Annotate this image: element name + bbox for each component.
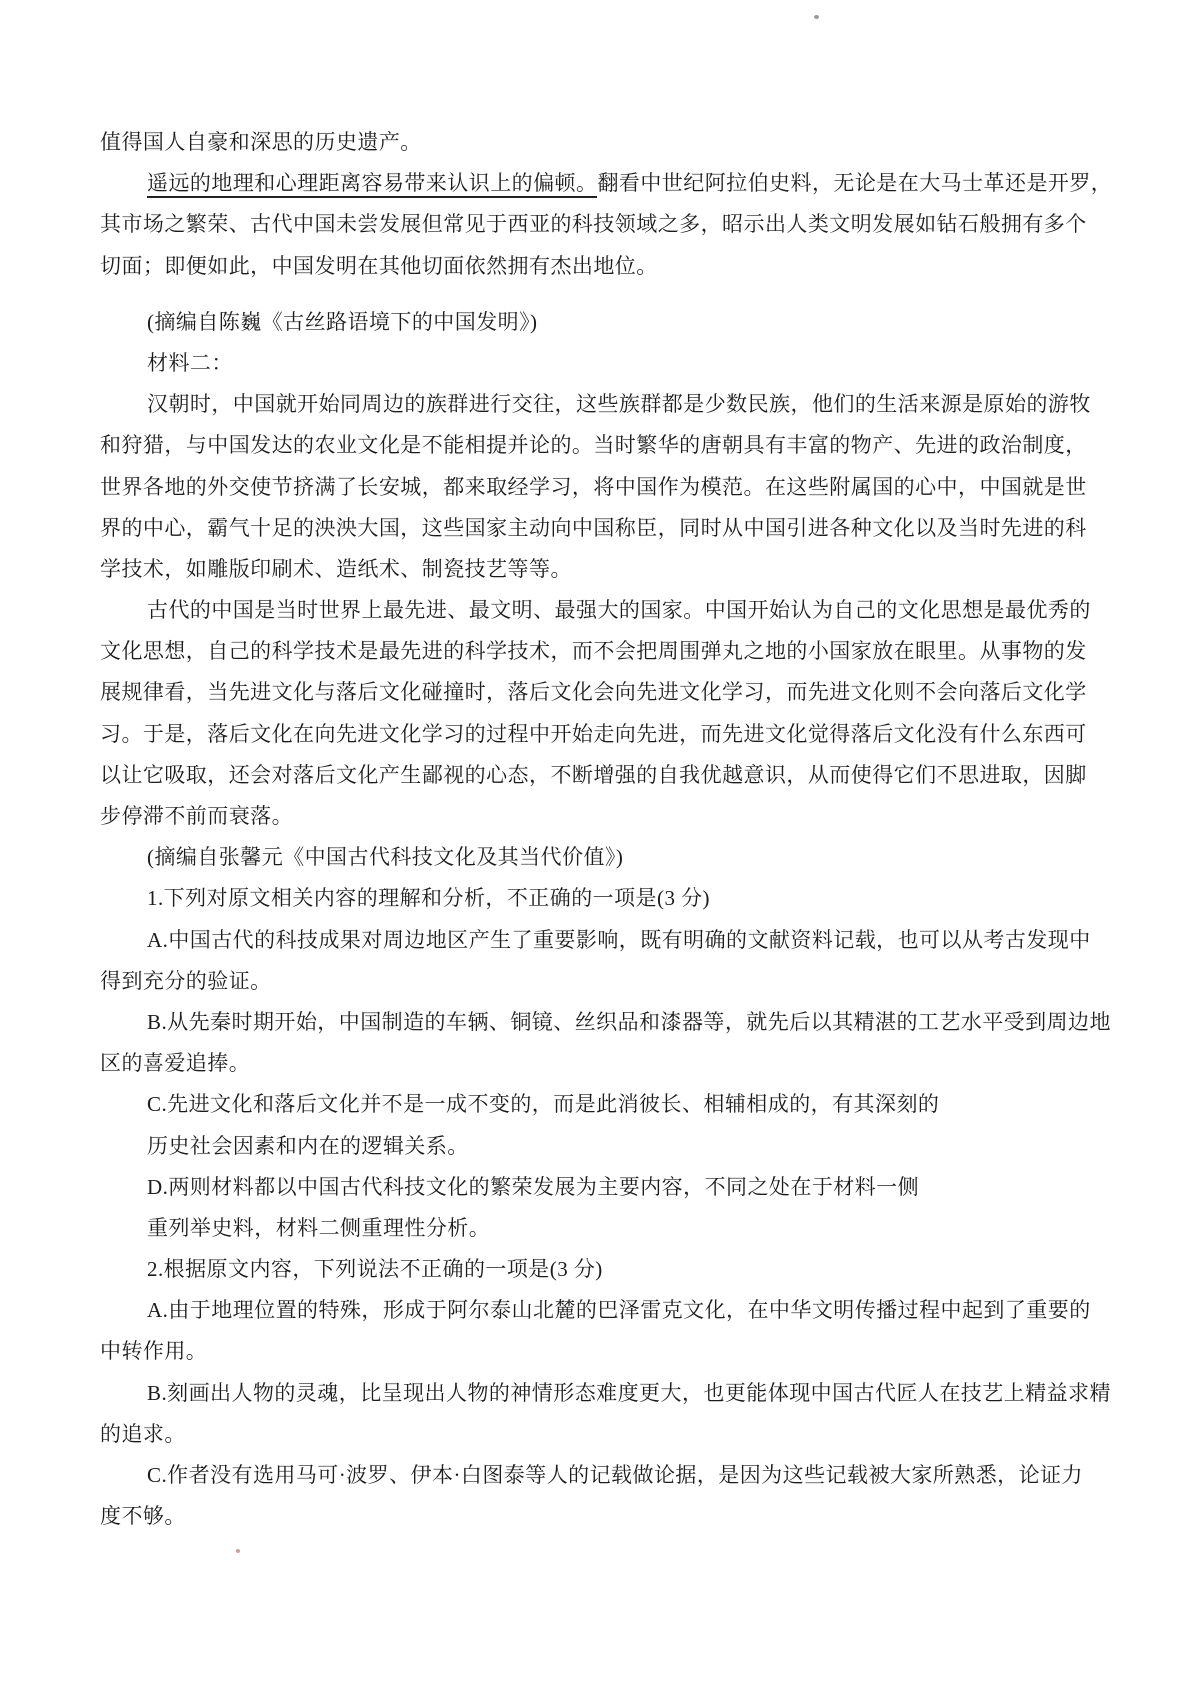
text-segment: B.刻画出人物的灵魂，比呈现出人物的神情形态难度更大，也更能体现中国古代匠人在技… xyxy=(147,1381,1111,1405)
text-segment: 步停滞不前而衰落。 xyxy=(100,804,293,828)
text-line: A.中国古代的科技成果对周边地区产生了重要影响，既有明确的文献资料记载，也可以从… xyxy=(100,920,1110,961)
text-segment: 文化思想，自己的科学技术是最先进的科学技术，而不会把周围弹丸之地的小国家放在眼里… xyxy=(100,639,1087,663)
text-segment: 1.下列对原文相关内容的理解和分析，不正确的一项是(3 分) xyxy=(147,886,710,910)
text-segment: 值得国人自豪和深思的历史遗产。 xyxy=(100,130,422,154)
scan-artifact-dot-bottom xyxy=(236,1549,240,1553)
text-segment: A.中国古代的科技成果对周边地区产生了重要影响，既有明确的文献资料记载，也可以从… xyxy=(147,928,1091,952)
text-segment: 其市场之繁荣、古代中国未尝发展但常见于西亚的科技领域之多，昭示出人类文明发展如钻… xyxy=(100,212,1087,236)
text-line: C.作者没有选用马可·波罗、伊本·白图泰等人的记载做论据，是因为这些记载被大家所… xyxy=(100,1455,1110,1496)
text-line: C.先进文化和落后文化并不是一成不变的，而是此消彼长、相辅相成的，有其深刻的 xyxy=(100,1084,1110,1125)
text-segment: C.先进文化和落后文化并不是一成不变的，而是此消彼长、相辅相成的，有其深刻的 xyxy=(147,1092,939,1116)
text-line: 区的喜爱追捧。 xyxy=(100,1043,1110,1084)
text-line: A.由于地理位置的特殊，形成于阿尔泰山北麓的巴泽雷克文化，在中华文明传播过程中起… xyxy=(100,1290,1110,1331)
text-segment: 切面；即便如此，中国发明在其他切面依然拥有杰出地位。 xyxy=(100,254,658,278)
text-segment: B.从先秦时期开始，中国制造的车辆、铜镜、丝织品和漆器等，就先后以其精湛的工艺水… xyxy=(147,1010,1111,1034)
text-segment: 世界各地的外交使节挤满了长安城，都来取经学习，将中国作为模范。在这些附属国的心中… xyxy=(100,475,1087,499)
text-segment: 界的中心，霸气十足的泱泱大国，这些国家主动向中国称臣，同时从中国引进各种文化以及… xyxy=(100,516,1087,540)
text-line: 界的中心，霸气十足的泱泱大国，这些国家主动向中国称臣，同时从中国引进各种文化以及… xyxy=(100,508,1110,549)
text-segment: 重列举史料，材料二侧重理性分析。 xyxy=(147,1216,490,1240)
text-segment: 度不够。 xyxy=(100,1504,186,1528)
text-segment: 2.根据原文内容，下列说法不正确的一项是(3 分) xyxy=(147,1257,603,1281)
text-segment: 习。于是，落后文化在向先进文化学习的过程中开始走向先进，而先进文化觉得落后文化没… xyxy=(100,722,1087,746)
text-line: 重列举史料，材料二侧重理性分析。 xyxy=(100,1208,1110,1249)
text-segment: (摘编自张馨元《中国古代科技文化及其当代价值》) xyxy=(147,845,623,869)
text-segment: A.由于地理位置的特殊，形成于阿尔泰山北麓的巴泽雷克文化，在中华文明传播过程中起… xyxy=(147,1298,1091,1322)
text-line: 世界各地的外交使节挤满了长安城，都来取经学习，将中国作为模范。在这些附属国的心中… xyxy=(100,467,1110,508)
text-segment: 历史社会因素和内在的逻辑关系。 xyxy=(147,1134,469,1158)
text-line: 2.根据原文内容，下列说法不正确的一项是(3 分) xyxy=(100,1249,1110,1290)
text-line: B.从先秦时期开始，中国制造的车辆、铜镜、丝织品和漆器等，就先后以其精湛的工艺水… xyxy=(100,1002,1110,1043)
text-line: B.刻画出人物的灵魂，比呈现出人物的神情形态难度更大，也更能体现中国古代匠人在技… xyxy=(100,1373,1110,1414)
text-segment: 展规律看，当先进文化与落后文化碰撞时，落后文化会向先进文化学习，而先进文化则不会… xyxy=(100,680,1087,704)
text-line: 汉朝时，中国就开始同周边的族群进行交往，这些族群都是少数民族，他们的生活来源是原… xyxy=(100,384,1110,425)
text-line: D.两则材料都以中国古代科技文化的繁荣发展为主要内容，不同之处在于材料一侧 xyxy=(100,1167,1110,1208)
text-line: (摘编自陈巍《古丝路语境下的中国发明》) xyxy=(100,302,1110,343)
text-line: 值得国人自豪和深思的历史遗产。 xyxy=(100,122,1110,163)
text-segment: 材料二： xyxy=(147,351,233,375)
text-line: 遥远的地理和心理距离容易带来认识上的偏顿。翻看中世纪阿拉伯史料，无论是在大马士革… xyxy=(100,163,1110,204)
scanned-exam-page: 值得国人自豪和深思的历史遗产。遥远的地理和心理距离容易带来认识上的偏顿。翻看中世… xyxy=(0,0,1200,1697)
text-segment: C.作者没有选用马可·波罗、伊本·白图泰等人的记载做论据，是因为这些记载被大家所… xyxy=(147,1463,1083,1487)
text-segment: 以让它吸取，还会对落后文化产生鄙视的心态，不断增强的自我优越意识，从而使得它们不… xyxy=(100,763,1087,787)
text-segment: 得到充分的验证。 xyxy=(100,969,272,993)
text-segment: 汉朝时，中国就开始同周边的族群进行交往，这些族群都是少数民族，他们的生活来源是原… xyxy=(147,392,1091,416)
text-line: 以让它吸取，还会对落后文化产生鄙视的心态，不断增强的自我优越意识，从而使得它们不… xyxy=(100,755,1110,796)
text-line: 度不够。 xyxy=(100,1496,1110,1537)
text-line: 材料二： xyxy=(100,343,1110,384)
text-line: 学技术，如雕版印刷术、造纸术、制瓷技艺等等。 xyxy=(100,549,1110,590)
text-line: 1.下列对原文相关内容的理解和分析，不正确的一项是(3 分) xyxy=(100,878,1110,919)
text-line: 和狩猎，与中国发达的农业文化是不能相提并论的。当时繁华的唐朝具有丰富的物产、先进… xyxy=(100,425,1110,466)
underlined-text-segment: 遥远的地理和心理距离容易带来认识上的偏顿。 xyxy=(147,171,597,198)
text-segment: (摘编自陈巍《古丝路语境下的中国发明》) xyxy=(147,310,538,334)
document-text-block: 值得国人自豪和深思的历史遗产。遥远的地理和心理距离容易带来认识上的偏顿。翻看中世… xyxy=(100,122,1110,1537)
text-line: 的追求。 xyxy=(100,1414,1110,1455)
text-line: 中转作用。 xyxy=(100,1331,1110,1372)
text-line: 习。于是，落后文化在向先进文化学习的过程中开始走向先进，而先进文化觉得落后文化没… xyxy=(100,714,1110,755)
text-segment: 翻看中世纪阿拉伯史料，无论是在大马士革还是开罗， xyxy=(597,171,1112,195)
text-line: 切面；即便如此，中国发明在其他切面依然拥有杰出地位。 xyxy=(100,246,1110,287)
text-line: 步停滞不前而衰落。 xyxy=(100,796,1110,837)
text-segment: 中转作用。 xyxy=(100,1339,207,1363)
text-segment: 的追求。 xyxy=(100,1422,186,1446)
text-segment: 学技术，如雕版印刷术、造纸术、制瓷技艺等等。 xyxy=(100,557,572,581)
text-line: 其市场之繁荣、古代中国未尝发展但常见于西亚的科技领域之多，昭示出人类文明发展如钻… xyxy=(100,204,1110,245)
text-segment: 和狩猎，与中国发达的农业文化是不能相提并论的。当时繁华的唐朝具有丰富的物产、先进… xyxy=(100,433,1087,457)
text-line: 文化思想，自己的科学技术是最先进的科学技术，而不会把周围弹丸之地的小国家放在眼里… xyxy=(100,631,1110,672)
text-line: 展规律看，当先进文化与落后文化碰撞时，落后文化会向先进文化学习，而先进文化则不会… xyxy=(100,672,1110,713)
text-line: (摘编自张馨元《中国古代科技文化及其当代价值》) xyxy=(100,837,1110,878)
text-line: 历史社会因素和内在的逻辑关系。 xyxy=(100,1126,1110,1167)
text-segment: 古代的中国是当时世界上最先进、最文明、最强大的国家。中国开始认为自己的文化思想是… xyxy=(147,598,1091,622)
scan-artifact-dot-top xyxy=(814,15,819,19)
text-segment: D.两则材料都以中国古代科技文化的繁荣发展为主要内容，不同之处在于材料一侧 xyxy=(147,1175,919,1199)
text-segment: 区的喜爱追捧。 xyxy=(100,1051,250,1075)
text-line: 古代的中国是当时世界上最先进、最文明、最强大的国家。中国开始认为自己的文化思想是… xyxy=(100,590,1110,631)
text-line: 得到充分的验证。 xyxy=(100,961,1110,1002)
